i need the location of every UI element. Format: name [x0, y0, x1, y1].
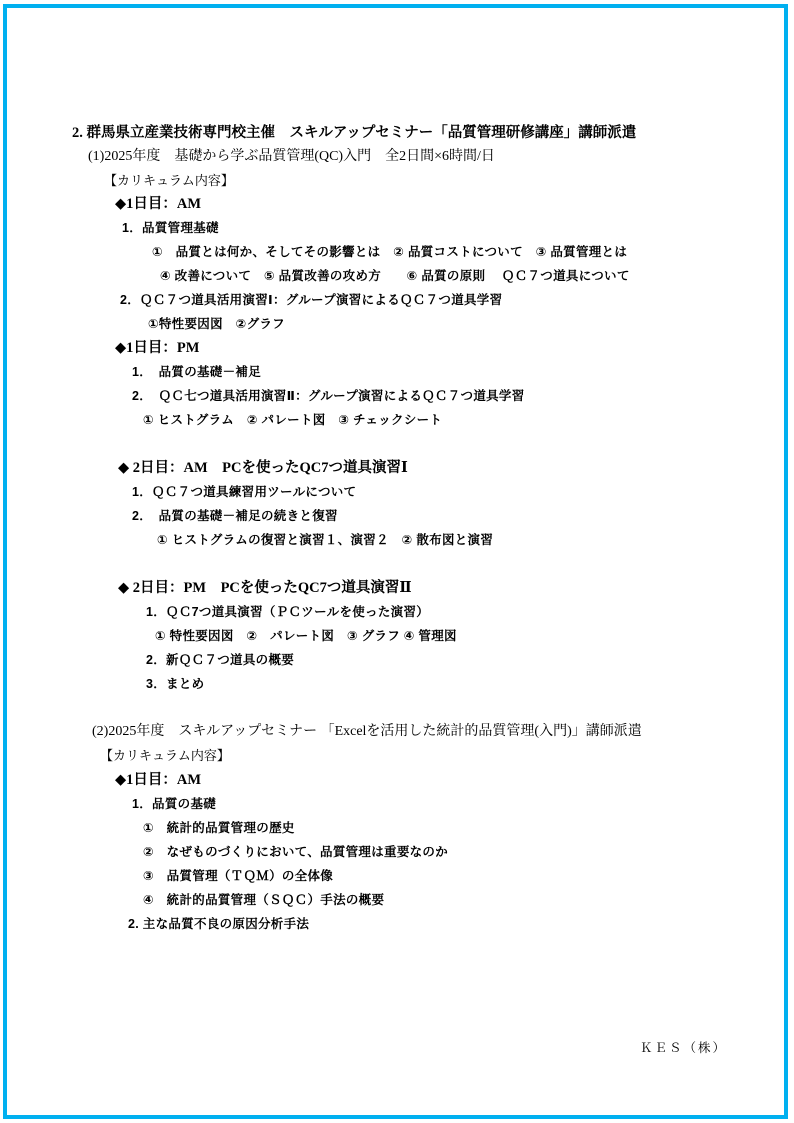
list-item: ① 品質とは何か、そしてその影響とは ② 品質コストについて ③ 品質管理とは	[152, 244, 627, 260]
list-item: 2．新ＱＣ７つ道具の概要	[146, 652, 294, 668]
course1-day1-pm-label: ◆1日目：PM	[115, 340, 199, 356]
list-item: 2． 品質の基礎－補足の続きと復習	[132, 508, 338, 524]
list-item: ④ 統計的品質管理（ＳＱＣ）手法の概要	[143, 892, 384, 908]
list-item: 1．ＱＣ7つ道具演習（ＰＣツールを使った演習）	[146, 604, 429, 620]
list-item: ① ヒストグラム ② パレート図 ③ チェックシート	[143, 412, 442, 428]
list-item: 1．品質の基礎	[132, 796, 216, 812]
list-item: ① ヒストグラムの復習と演習１、演習２ ② 散布図と演習	[157, 532, 493, 548]
course1-curriculum-label: 【カリキュラム内容】	[104, 173, 234, 189]
section-heading: 2. 群馬県立産業技術専門校主催 スキルアップセミナー「品質管理研修講座」講師派…	[72, 125, 636, 141]
course1-day2-am-label: ◆ 2日目：AM PCを使ったQC7つ道具演習Ⅰ	[118, 460, 408, 476]
list-item: ② なぜものづくりにおいて、品質管理は重要なのか	[143, 844, 448, 860]
course2-day1-am-label: ◆1日目：AM	[115, 772, 201, 788]
list-item: ① 特性要因図 ② パレート図 ③ グラフ ④ 管理図	[155, 628, 457, 644]
list-item: ③ 品質管理（ＴＱＭ）の全体像	[143, 868, 333, 884]
course2-curriculum-label: 【カリキュラム内容】	[100, 748, 230, 764]
page-border	[3, 4, 788, 1119]
list-item: ①特性要因図 ②グラフ	[148, 316, 285, 332]
list-item: 2．ＱＣ７つ道具活用演習Ⅰ：グループ演習によるＱＣ７つ道具学習	[120, 292, 502, 308]
list-item: 1．品質管理基礎	[122, 220, 219, 236]
course2-title: (2)2025年度 スキルアップセミナー 「Excelを活用した統計的品質管理(…	[92, 724, 642, 740]
list-item: ① 統計的品質管理の歴史	[143, 820, 295, 836]
list-item: 2． ＱＣ七つ道具活用演習Ⅱ：グループ演習によるＱＣ７つ道具学習	[132, 388, 525, 404]
list-item: 1．ＱＣ７つ道具練習用ツールについて	[132, 484, 356, 500]
course1-title: (1)2025年度 基礎から学ぶ品質管理(QC)入門 全2日間×6時間/日	[88, 149, 495, 165]
company-name: ＫＥＳ（株）	[640, 1040, 727, 1056]
list-item: ④ 改善について ⑤ 品質改善の攻め方 ⑥ 品質の原則 ＱＣ７つ道具について	[160, 268, 630, 284]
course1-day1-am-label: ◆1日目：AM	[115, 196, 201, 212]
list-item: 1． 品質の基礎－補足	[132, 364, 261, 380]
course1-day2-pm-label: ◆ 2日目：PM PCを使ったQC7つ道具演習Ⅱ	[118, 580, 412, 596]
list-item: 2. 主な品質不良の原因分析手法	[128, 916, 309, 932]
list-item: 3．まとめ	[146, 676, 204, 692]
